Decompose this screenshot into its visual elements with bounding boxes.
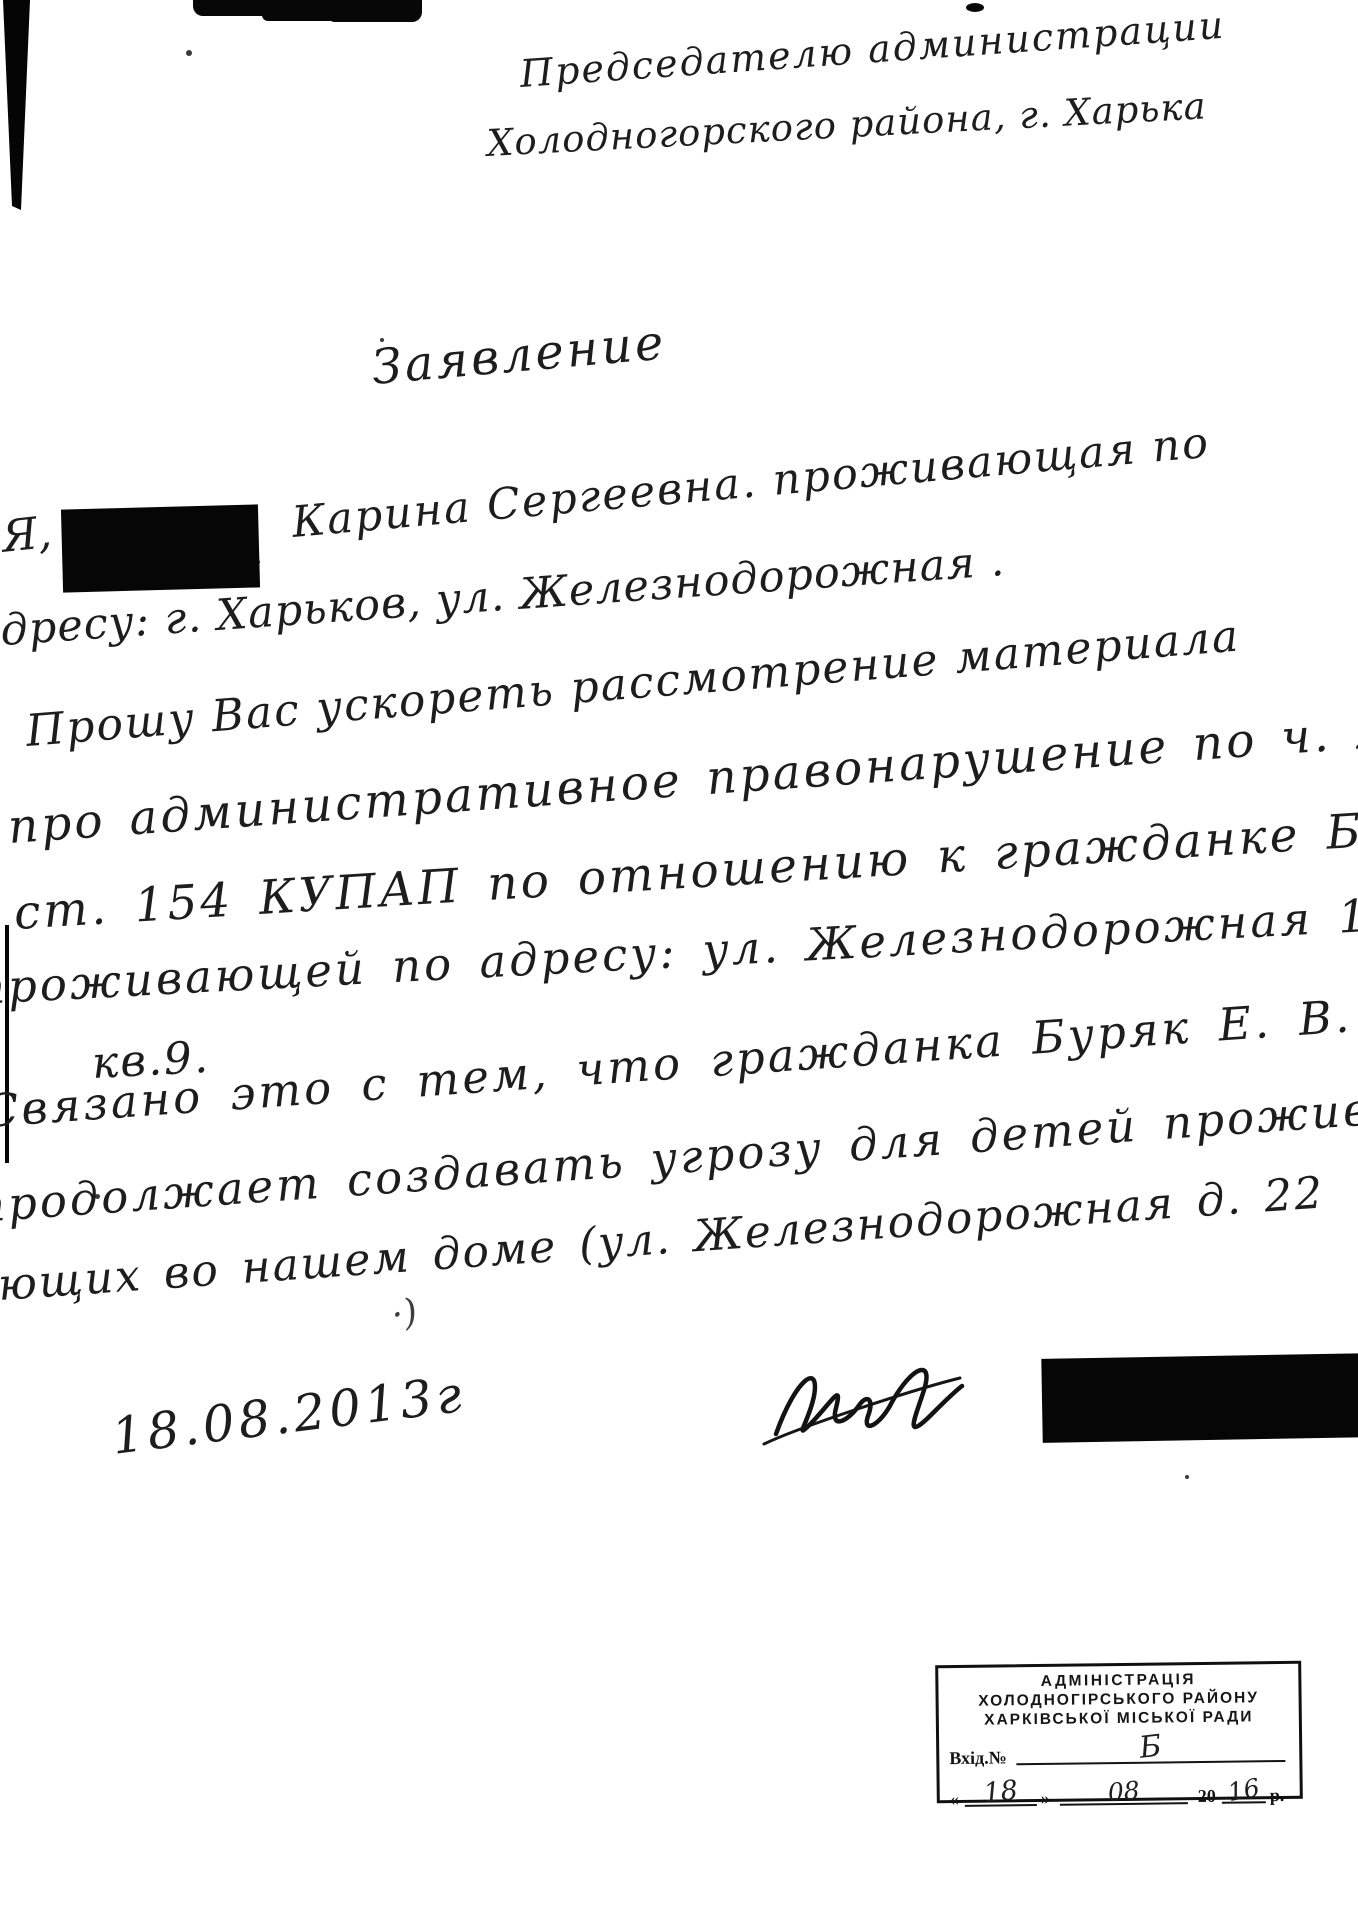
stamp-year-suffix: р. [1270,1785,1285,1806]
stamp-quote-close: » [1041,1788,1050,1809]
stamp-entry-label: Вхід.№ [949,1747,1007,1769]
scan-corner-fold-mark [0,0,44,215]
date-handwritten: 18.08.2013г [108,1365,468,1466]
stamp-month-line: 08 [1060,1772,1188,1806]
stamp-date-row: « 18 » 08 20 16 р. [950,1771,1290,1810]
signature-redaction-box [1041,1353,1358,1443]
stamp-day-handwritten: 18 [963,1773,1038,1811]
registration-stamp: АДМІНІСТРАЦІЯ ХОЛОДНОГІРСЬКОГО РАЙОНУ ХА… [935,1661,1303,1803]
scan-speck [1185,1475,1189,1479]
applicant-name-line: Карина Сергеевна. проживающая по [290,418,1212,548]
stamp-year-prefix: 20 [1198,1786,1216,1807]
scan-speck [186,50,192,56]
stamp-entry-line: Б [1017,1734,1286,1765]
document-title: Заявление [370,314,669,396]
scan-top-dot [966,3,984,12]
stamp-quote-open: « [950,1789,959,1810]
scan-top-blob [330,0,422,22]
scan-top-blob [262,12,338,21]
stamp-year-line: 16 [1221,1771,1265,1804]
stamp-year-handwritten: 16 [1219,1771,1268,1808]
recipient-line-1: Председателю администрации [518,3,1226,96]
recipient-line-2: Холодногорского района, г. Харька [486,84,1208,165]
name-redaction-box [61,504,260,592]
stamp-day-line: 18 [965,1774,1037,1807]
erased-text-fragment: ·) [388,1291,421,1336]
stamp-entry-row: Вхід.№ Б [949,1734,1289,1769]
scanned-document-page: Председателю администрации Холодногорско… [0,0,1358,1920]
stamp-month-handwritten: 08 [1059,1771,1189,1810]
signature [762,1356,1062,1456]
applicant-prefix: Я, [0,507,54,563]
